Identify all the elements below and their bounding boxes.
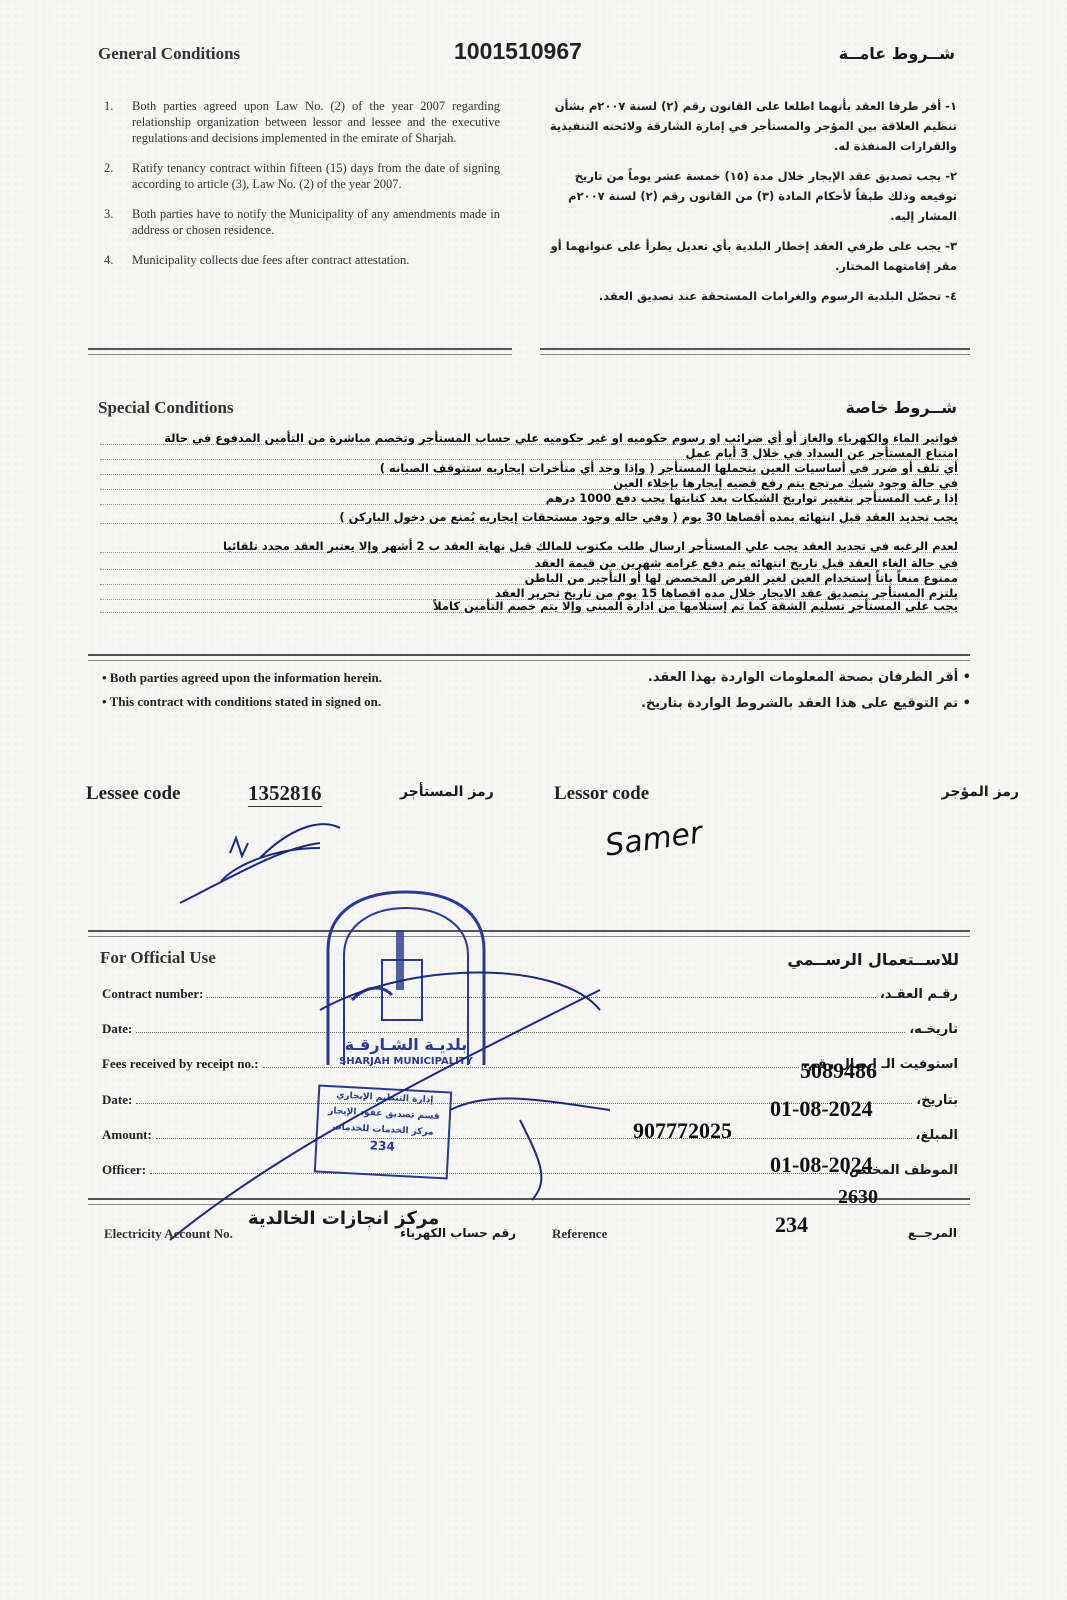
official-use-title-ar: للاســتعمال الرســمي <box>787 950 959 969</box>
amount-value: 907772025 <box>633 1118 732 1144</box>
condition-item: 1.Both parties agreed upon Law No. (2) o… <box>104 98 500 146</box>
special-conditions-title-ar: شــروط خاصة <box>846 398 957 417</box>
tenancy-contract-page: General Conditions 1001510967 شــروط عام… <box>0 0 1067 1600</box>
lessor-code-label: Lessor code <box>554 783 649 805</box>
agreement-line-en: • Both parties agreed upon the informati… <box>102 670 382 686</box>
lessee-code-label-ar: رمز المستأجر <box>400 784 494 800</box>
officer-date-value: 01-08-2024 <box>770 1152 873 1178</box>
general-conditions-ar: ١- أقر طرفا العقد بأنهما اطلعا على القان… <box>547 96 957 316</box>
reference-label: Reference <box>552 1226 607 1242</box>
general-conditions-en: 1.Both parties agreed upon Law No. (2) o… <box>104 98 500 282</box>
agreement-line-ar: • أقر الطرفان بصحة المعلومات الواردة بهذ… <box>648 670 971 685</box>
general-conditions-title: General Conditions <box>98 44 240 64</box>
condition-item-ar: ١- أقر طرفا العقد بأنهما اطلعا على القان… <box>547 96 957 156</box>
lessee-code-value: 1352816 <box>248 781 322 807</box>
lessee-code-label: Lessee code <box>86 783 180 805</box>
condition-item-ar: ٣- يجب على طرفي العقد إخطار البلدية بأي … <box>547 236 957 276</box>
general-conditions-title-ar: شــروط عامــة <box>839 44 955 63</box>
divider <box>88 930 970 937</box>
special-condition-line: أي تلف أو ضرر في أساسيات العين يتحملها ا… <box>100 462 958 475</box>
agreement-line-en: • This contract with conditions stated i… <box>102 694 381 710</box>
divider <box>540 348 970 355</box>
electricity-account-label-ar: رقم حساب الكهرباء <box>400 1226 516 1240</box>
agreement-line-ar: • تم التوقيع على هذا العقد بالشروط الوار… <box>641 696 971 711</box>
receipt-date-value: 01-08-2024 <box>770 1096 873 1122</box>
condition-item: 4.Municipality collects due fees after c… <box>104 252 500 268</box>
special-condition-line: إذا رغب المستأجر بتغيير تواريخ الشيكات ب… <box>100 492 958 505</box>
divider <box>88 654 970 661</box>
special-condition-line: فواتير الماء والكهرباء والغاز أو أي ضرائ… <box>100 432 958 445</box>
divider <box>88 348 512 355</box>
reference-label-ar: المرجــع <box>908 1226 957 1240</box>
special-condition-line: في حالة وجود شيك مرتجع يتم رفع قضيه إيجا… <box>100 477 958 490</box>
lessor-signature: Samer <box>603 815 704 863</box>
lessor-code-label-ar: رمز المؤجر <box>942 784 1019 800</box>
special-condition-line: لعدم الرغبه في تجديد العقد يجب علي المست… <box>100 540 958 553</box>
condition-item: 3.Both parties have to notify the Munici… <box>104 206 500 238</box>
extra-value: 2630 <box>838 1186 878 1209</box>
special-condition-line: امتناع المستأجر عن السداد في خلال 3 أيام… <box>100 447 958 460</box>
electricity-account-label: Electricity Account No. <box>104 1226 233 1242</box>
special-conditions-title: Special Conditions <box>98 398 234 418</box>
condition-item-ar: ٢- يجب تصديق عقد الإيجار خلال مدة (١٥) خ… <box>547 166 957 226</box>
special-condition-line: يجب تجديد العقد قبل انتهائه بمده أقصاها … <box>100 511 958 524</box>
receipt-number-value: 5089486 <box>800 1058 877 1084</box>
condition-item-ar: ٤- تحصّل البلدية الرسوم والغرامات المستح… <box>547 286 957 306</box>
special-conditions-list: فواتير الماء والكهرباء والغاز أو أي ضرائ… <box>100 432 958 613</box>
special-condition-line: في حالة الغاء العقد قبل تاريخ انتهائه يت… <box>100 557 958 570</box>
officer-signature <box>160 950 610 1250</box>
reference-value: 234 <box>775 1212 808 1238</box>
special-condition-line: يجب على المستأجر تسليم الشقة كما تم إستل… <box>100 600 958 613</box>
special-condition-line: ممنوع منعاً باتاً إستخدام العين لغير الف… <box>100 572 958 585</box>
condition-item: 2.Ratify tenancy contract within fifteen… <box>104 160 500 192</box>
contract-number: 1001510967 <box>454 38 582 65</box>
